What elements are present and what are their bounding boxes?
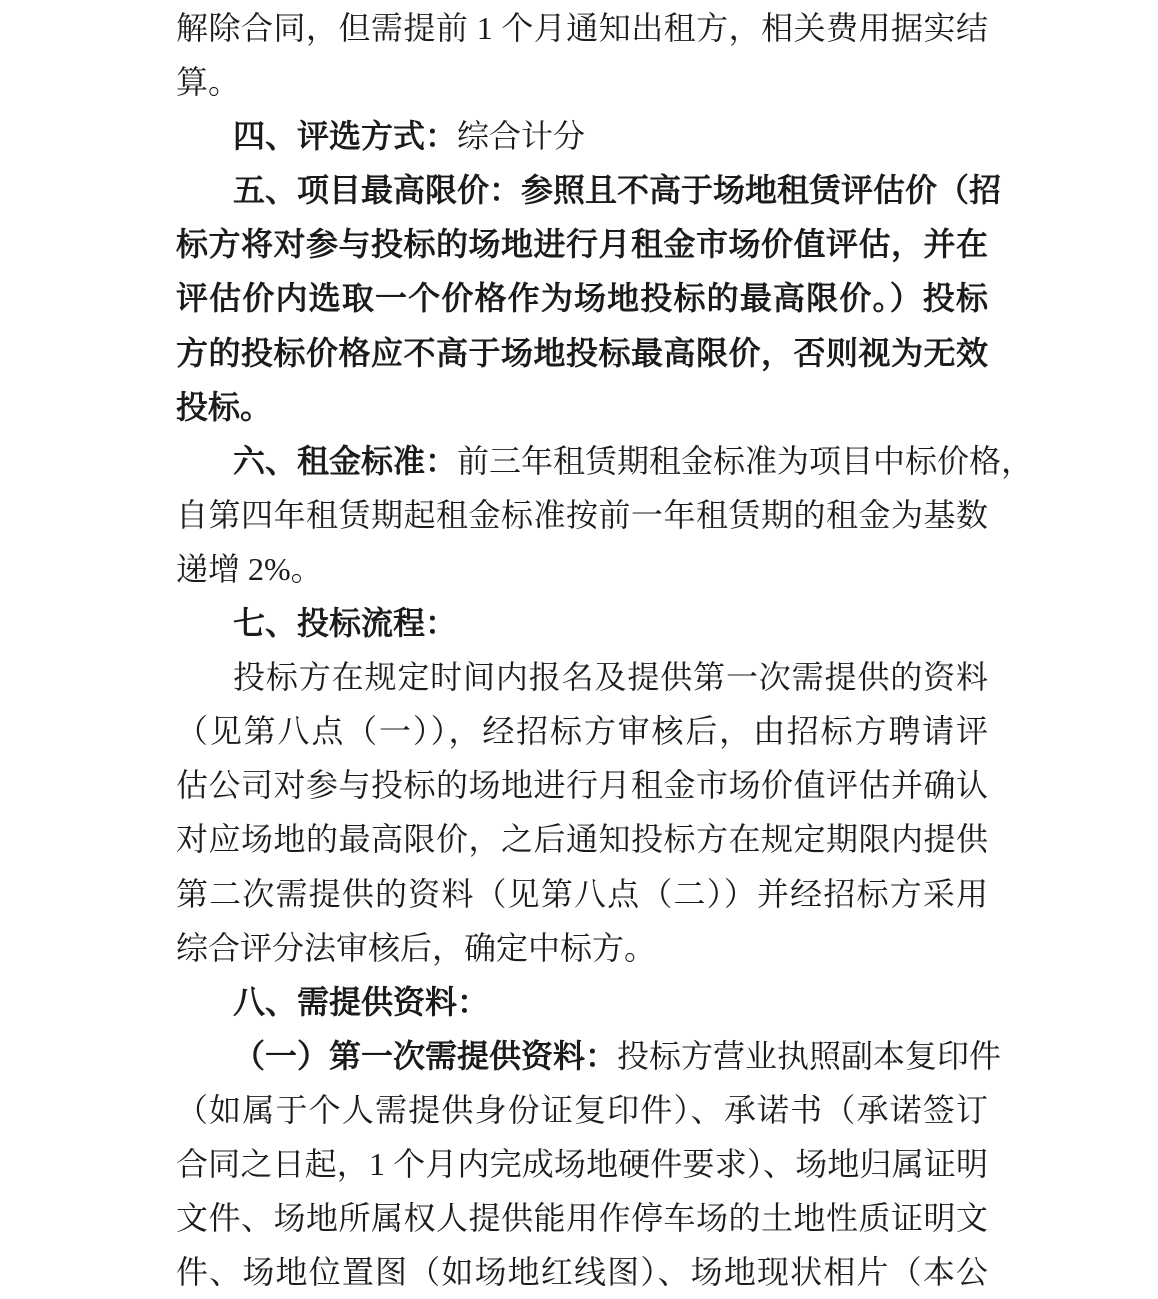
text-run: 评估价内选取一个价格作为场地投标的最高限价。）投标	[176, 280, 988, 316]
text-run: 文件、场地所属权人提供能用作停车场的土地性质证明文	[176, 1200, 988, 1236]
doc-line-01: 解除合同，但需提前 1 个月通知出租方，相关费用据实结	[176, 1, 988, 55]
doc-line-22: 合同之日起，1 个月内完成场地硬件要求）、场地归属证明	[176, 1137, 988, 1191]
text-run: 投标方在规定时间内报名及提供第一次需提供的资料	[233, 659, 988, 695]
doc-line-04: 五、项目最高限价：参照且不高于场地租赁评估价（招	[233, 163, 988, 217]
section-6-text: 前三年租赁期租金标准为项目中标价格，	[457, 443, 1033, 479]
text-run: 递增 2%。	[176, 551, 323, 587]
doc-line-20: （一）第一次需提供资料：投标方营业执照副本复印件	[233, 1029, 988, 1083]
doc-line-02: 算。	[176, 55, 988, 109]
section-8-heading: 八、需提供资料：	[233, 984, 489, 1020]
section-8-1-heading: （一）第一次需提供资料：	[233, 1038, 617, 1074]
doc-line-09: 六、租金标准：前三年租赁期租金标准为项目中标价格，	[233, 434, 988, 488]
doc-line-24: 件、场地位置图（如场地红线图）、场地现状相片（本公	[176, 1245, 988, 1299]
section-4-value: 综合计分	[457, 118, 585, 154]
doc-line-06: 评估价内选取一个价格作为场地投标的最高限价。）投标	[176, 271, 988, 325]
doc-line-15: 估公司对参与投标的场地进行月租金市场价值评估并确认	[176, 758, 988, 812]
text-run: 解除合同，但需提前 1 个月通知出租方，相关费用据实结	[176, 10, 988, 46]
doc-line-11: 递增 2%。	[176, 542, 988, 596]
doc-line-05: 标方将对参与投标的场地进行月租金市场价值评估，并在	[176, 217, 988, 271]
text-run: 自第四年租赁期起租金标准按前一年租赁期的租金为基数	[176, 497, 988, 533]
text-run: 算。	[176, 64, 240, 100]
doc-line-16: 对应场地的最高限价，之后通知投标方在规定期限内提供	[176, 812, 988, 866]
doc-line-13: 投标方在规定时间内报名及提供第一次需提供的资料	[233, 650, 988, 704]
text-run: 标方将对参与投标的场地进行月租金市场价值评估，并在	[176, 226, 988, 262]
section-6-heading: 六、租金标准：	[233, 443, 457, 479]
section-7-heading: 七、投标流程：	[233, 605, 457, 641]
doc-line-12: 七、投标流程：	[233, 596, 988, 650]
section-4-heading: 四、评选方式：	[233, 118, 457, 154]
text-run: 对应场地的最高限价，之后通知投标方在规定期限内提供	[176, 821, 988, 857]
doc-line-19: 八、需提供资料：	[233, 975, 988, 1029]
text-run: 合同之日起，1 个月内完成场地硬件要求）、场地归属证明	[176, 1146, 988, 1182]
doc-line-07: 方的投标价格应不高于场地投标最高限价，否则视为无效	[176, 326, 988, 380]
text-run: （见第八点（一）），经招标方审核后，由招标方聘请评	[176, 713, 988, 749]
text-run: 投标。	[176, 389, 272, 425]
doc-line-23: 文件、场地所属权人提供能用作停车场的土地性质证明文	[176, 1191, 988, 1245]
section-5-heading: 五、项目最高限价：	[233, 172, 521, 208]
text-run: 件、场地位置图（如场地红线图）、场地现状相片（本公	[176, 1254, 988, 1290]
doc-line-08: 投标。	[176, 380, 988, 434]
document-page: 解除合同，但需提前 1 个月通知出租方，相关费用据实结 算。 四、评选方式：综合…	[0, 0, 988, 1299]
doc-line-17: 第二次需提供的资料（见第八点（二））并经招标方采用	[176, 867, 988, 921]
doc-line-14: （见第八点（一）），经招标方审核后，由招标方聘请评	[176, 704, 988, 758]
doc-line-18: 综合评分法审核后，确定中标方。	[176, 921, 988, 975]
text-run: 综合评分法审核后，确定中标方。	[176, 930, 656, 966]
text-run: 估公司对参与投标的场地进行月租金市场价值评估并确认	[176, 767, 988, 803]
doc-line-10: 自第四年租赁期起租金标准按前一年租赁期的租金为基数	[176, 488, 988, 542]
section-8-1-text: 投标方营业执照副本复印件	[617, 1038, 1001, 1074]
text-run: 方的投标价格应不高于场地投标最高限价，否则视为无效	[176, 335, 988, 371]
section-5-text: 参照且不高于场地租赁评估价（招	[521, 172, 1001, 208]
text-run: 第二次需提供的资料（见第八点（二））并经招标方采用	[176, 876, 988, 912]
text-run: （如属于个人需提供身份证复印件）、承诺书（承诺签订	[176, 1092, 988, 1128]
doc-line-21: （如属于个人需提供身份证复印件）、承诺书（承诺签订	[176, 1083, 988, 1137]
doc-line-03: 四、评选方式：综合计分	[233, 109, 988, 163]
